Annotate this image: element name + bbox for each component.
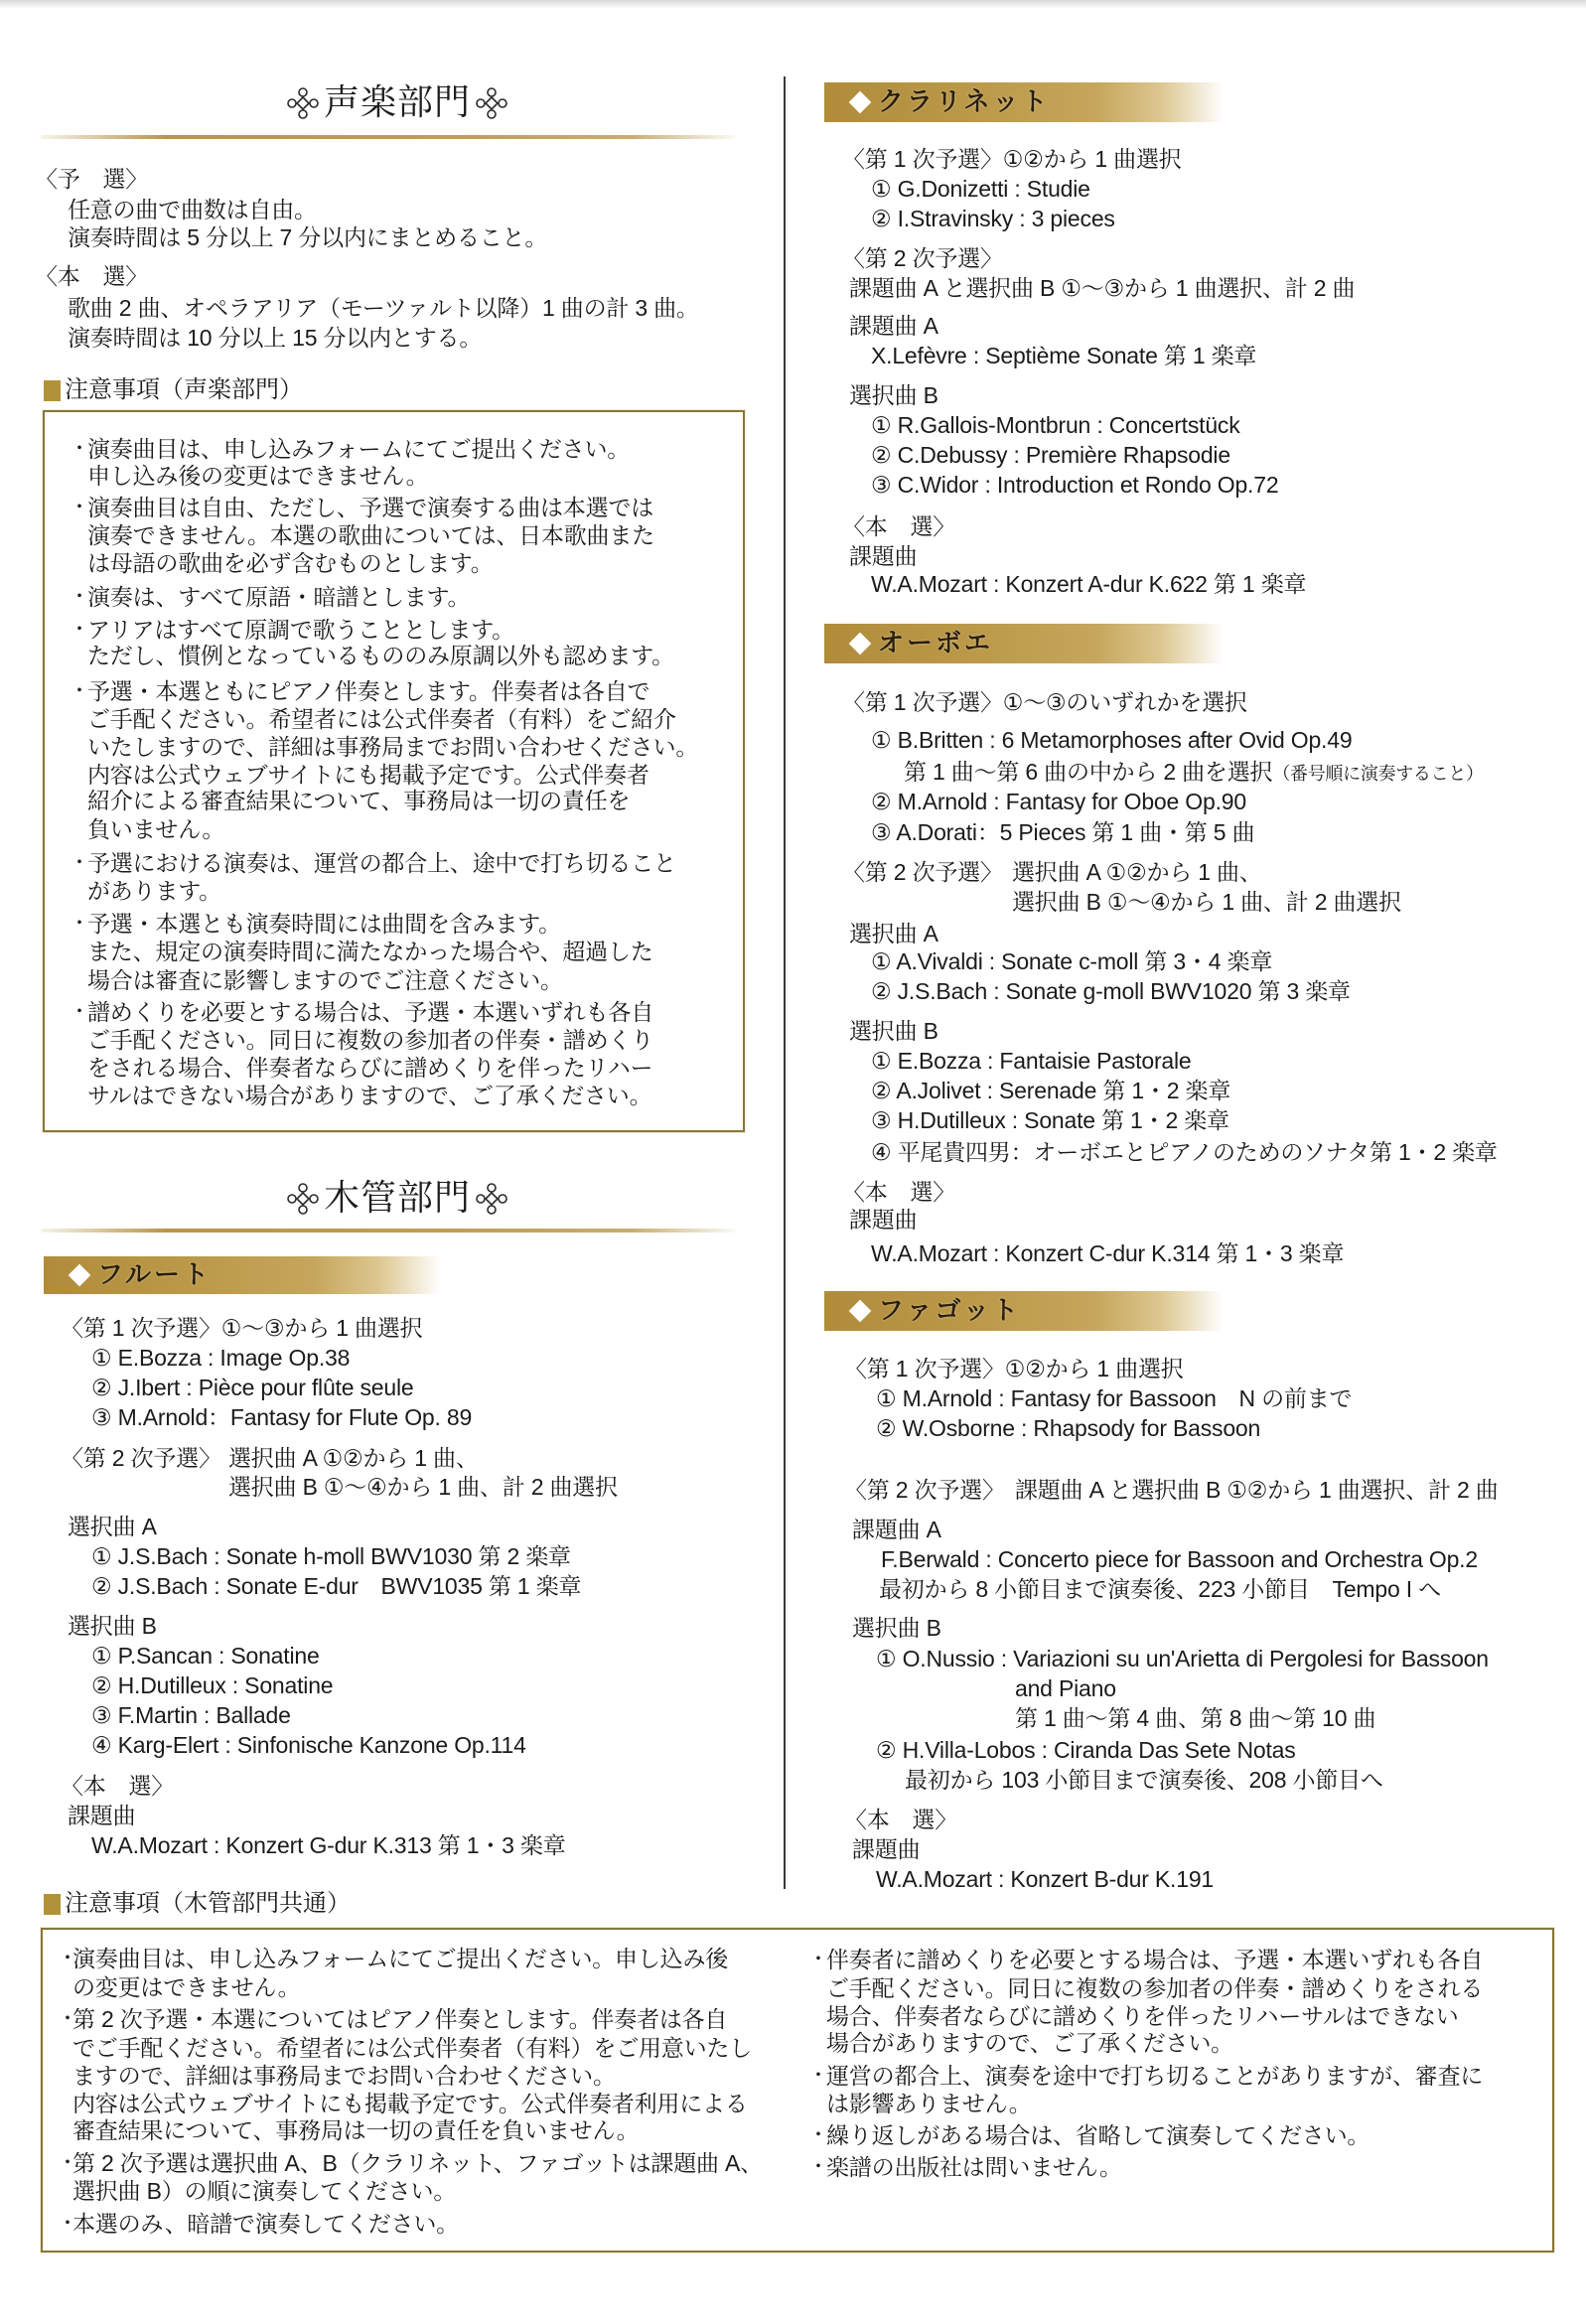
piece-item: ① O.Nussio : Variazioni su un'Arietta di… (876, 1644, 1489, 1673)
bullet: ・ (70, 615, 89, 645)
round1-label: 〈第 1 次予選〉①～③のいずれかを選択 (842, 687, 1247, 717)
bullet: ・ (70, 997, 89, 1027)
fleuron-ornament-icon (475, 86, 508, 120)
piece-item: ③ A.Dorati：5 Pieces 第 1 曲・第 5 曲 (871, 817, 1254, 847)
note-line: 申し込み後の変更はできません。 (87, 461, 428, 491)
note-line: 譜めくりを必要とする場合は、予選・本選いずれも各自 (87, 997, 653, 1027)
piece-item: W.A.Mozart : Konzert B-dur K.191 (876, 1864, 1214, 1894)
note-line: 負いません。 (87, 814, 224, 844)
note-line: 紹介による審査結果について、事務局は一切の責任を (87, 786, 630, 815)
piece-item: ② H.Dutilleux : Sonatine (91, 1670, 333, 1700)
group-label: 選択曲 B (849, 380, 938, 410)
final-label: 〈本 選〉 (35, 261, 148, 291)
competition-repertoire-page: 声楽部門 〈予 選〉 任意の曲で曲数は自由。 演奏時間は 5 分以上 7 分以内… (0, 0, 1586, 2324)
final-line: 歌曲 2 曲、オペラアリア（モーツァルト以降）1 曲の計 3 曲。 (68, 293, 699, 323)
group-label: 選択曲 B (68, 1611, 157, 1641)
set-piece-label: 課題曲 (68, 1801, 135, 1830)
note-line: ご手配ください。同日に複数の参加者の伴奏・譜めくり (87, 1025, 653, 1055)
instrument-name: フルート (97, 1256, 212, 1294)
piece-item: ② J.Ibert : Pièce pour flûte seule (91, 1373, 414, 1402)
piece-item: ① B.Britten : 6 Metamorphoses after Ovid… (871, 725, 1352, 755)
note-line: 楽譜の出版社は問いません。 (826, 2152, 1122, 2182)
piece-item: ② A.Jolivet : Serenade 第 1・2 楽章 (871, 1076, 1230, 1105)
note-line: 伴奏者に譜めくりを必要とする場合は、予選・本選いずれも各自 (826, 1945, 1483, 1974)
note-line: 予選・本選とも演奏時間には曲間を含みます。 (87, 909, 561, 939)
round2-label: 〈第 2 次予選〉 (844, 1475, 1005, 1505)
clarinet-banner: クラリネット (824, 82, 1224, 122)
piece-item: ② W.Osborne : Rhapsody for Bassoon (876, 1413, 1260, 1443)
note-line: また、規定の演奏時間に満たなかった場合や、超過した (87, 937, 653, 966)
gold-divider-rule (41, 135, 735, 139)
piece-item: ① P.Sancan : Sonatine (91, 1641, 320, 1670)
square-marker-icon (44, 380, 61, 401)
final-label: 〈本 選〉 (61, 1771, 174, 1801)
note-line: の変更はできません。 (72, 1972, 300, 2002)
square-marker-icon (44, 1894, 61, 1915)
piece-item: ② J.S.Bach : Sonate g-moll BWV1020 第 3 楽… (871, 976, 1351, 1006)
set-piece-label: 課題曲 A (852, 1515, 941, 1544)
section-title-text: 木管部門 (324, 1177, 471, 1221)
note-line: をされる場合、伴奏者ならびに譜めくりを伴ったリハー (87, 1053, 652, 1083)
vocal-notes-heading: 注意事項（声楽部門） (44, 375, 303, 405)
final-label: 〈本 選〉 (844, 1805, 957, 1834)
piece-item: ② C.Debussy : Première Rhapsodie (871, 440, 1230, 470)
piece-note: 最初から 8 小節目まで演奏後、223 小節目 Tempo I へ (879, 1574, 1441, 1604)
set-piece-label: 課題曲 A (849, 311, 938, 341)
piece-item: W.A.Mozart : Konzert A-dur K.622 第 1 楽章 (871, 569, 1306, 599)
note-line: 内容は公式ウェブサイトにも掲載予定です。公式伴奏者利用による (72, 2089, 748, 2118)
note-line: 場合は審査に影響しますのでご注意ください。 (87, 965, 563, 995)
piece-item: ① E.Bozza : Image Op.38 (91, 1343, 350, 1373)
piece-item: ① E.Bozza : Fantaisie Pastorale (871, 1046, 1192, 1076)
note-line: 演奏曲目は、申し込みフォームにてご提出ください。 (87, 434, 630, 464)
round2-label: 〈第 2 次予選〉 (842, 243, 1003, 273)
round1-label: 〈第 1 次予選〉①②から 1 曲選択 (844, 1354, 1184, 1383)
set-piece-label: 課題曲 (852, 1834, 920, 1864)
round2-rule: 選択曲 A ①②から 1 曲、 (1012, 857, 1262, 887)
fleuron-ornament-icon (475, 1182, 508, 1216)
bassoon-banner: ファゴット (824, 1291, 1224, 1331)
round2-label: 〈第 2 次予選〉 (842, 857, 1003, 887)
final-line: 演奏時間は 10 分以上 15 分以内とする。 (68, 323, 482, 353)
group-label: 選択曲 A (68, 1512, 157, 1541)
note-line: 演奏曲目は自由、ただし、予選で演奏する曲は本選では (87, 493, 653, 522)
piece-item: W.A.Mozart : Konzert G-dur K.313 第 1・3 楽… (91, 1830, 566, 1860)
note-line: 第 2 次予選は選択曲 A、B（クラリネット、ファゴットは課題曲 A、 (72, 2148, 763, 2178)
bullet: ・ (70, 493, 89, 522)
note-line: サルはできない場合がありますので、ご了承ください。 (87, 1081, 651, 1110)
piece-item: ① R.Gallois-Montbrun : Concertstück (871, 410, 1240, 440)
note-line: ご手配ください。同日に複数の参加者の伴奏・譜めくりをされる (826, 1973, 1483, 2003)
piece-item: W.A.Mozart : Konzert C-dur K.314 第 1・3 楽… (871, 1238, 1344, 1268)
prelim-label: 〈予 選〉 (35, 164, 148, 194)
bullet: ・ (808, 2120, 828, 2150)
section-title-text: 声楽部門 (324, 81, 471, 125)
note-line: 演奏は、すべて原語・暗譜とします。 (87, 582, 470, 612)
set-piece-label: 課題曲 (849, 1205, 917, 1235)
piece-item: ③ M.Arnold：Fantasy for Flute Op. 89 (91, 1402, 472, 1432)
column-divider (784, 76, 786, 1889)
bullet: ・ (70, 676, 89, 706)
bullet: ・ (808, 1945, 828, 1974)
piece-item: ② M.Arnold : Fantasy for Oboe Op.90 (871, 787, 1246, 816)
round2-rule: 課題曲 A と選択曲 B ①②から 1 曲選択、計 2 曲 (1015, 1475, 1499, 1505)
oboe-banner: オーボエ (824, 624, 1224, 663)
piece-item: ① J.S.Bach : Sonate h-moll BWV1030 第 2 楽… (91, 1541, 571, 1571)
piece-note-text: 第 1 曲～第 6 曲の中から 2 曲を選択 (904, 759, 1272, 785)
vocal-section-title: 声楽部門 (60, 81, 735, 125)
diamond-icon (69, 1264, 91, 1287)
piece-item: ③ F.Martin : Ballade (91, 1700, 291, 1730)
piece-item: ② H.Villa-Lobos : Ciranda Das Sete Notas (876, 1735, 1296, 1765)
fleuron-ornament-icon (286, 1182, 320, 1216)
note-line: 演奏できません。本選の歌曲については、日本歌曲また (87, 520, 654, 550)
note-line: でご手配ください。希望者には公式伴奏者（有料）をご用意いたし (72, 2033, 752, 2063)
set-piece-label: 課題曲 (849, 541, 917, 571)
note-line: 場合がありますので、ご了承ください。 (826, 2028, 1233, 2058)
piece-item: ④ 平尾貴四男：オーボエとピアノのためのソナタ第 1・2 楽章 (871, 1137, 1498, 1167)
piece-item: ① M.Arnold : Fantasy for Bassoon N の前まで (876, 1383, 1352, 1413)
piece-note-small: （番号順に演奏すること） (1272, 764, 1483, 784)
instrument-name: クラリネット (878, 82, 1050, 122)
prelim-line: 演奏時間は 5 分以上 7 分以内にまとめること。 (68, 222, 547, 252)
bullet: ・ (70, 434, 89, 464)
piece-note: 第 1 曲～第 4 曲、第 8 曲～第 10 曲 (1015, 1703, 1375, 1733)
round2-rule: 選択曲 B ①～④から 1 曲、計 2 曲選択 (228, 1472, 618, 1502)
final-label: 〈本 選〉 (842, 1177, 955, 1207)
bullet: ・ (70, 909, 89, 939)
group-label: 選択曲 A (849, 919, 938, 948)
round2-rule: 選択曲 B ①～④から 1 曲、計 2 曲選択 (1012, 887, 1401, 917)
note-line: 演奏曲目は、申し込みフォームにてご提出ください。申し込み後 (72, 1944, 728, 1973)
group-label: 選択曲 B (849, 1016, 938, 1046)
final-label: 〈本 選〉 (842, 511, 955, 541)
flute-banner: フルート (44, 1256, 441, 1294)
page-top-edge (0, 0, 1586, 9)
bullet: ・ (808, 2152, 828, 2182)
piece-note: 第 1 曲～第 6 曲の中から 2 曲を選択（番号順に演奏すること） (904, 757, 1484, 787)
diamond-icon (849, 91, 872, 114)
round2-rule: 選択曲 A ①②から 1 曲、 (228, 1443, 479, 1473)
piece-item-continued: and Piano (1015, 1673, 1116, 1703)
note-line: いたしますので、詳細は事務局までお問い合わせください。 (87, 732, 698, 762)
note-line: 場合、伴奏者ならびに譜めくりを伴ったリハーサルはできない (826, 2001, 1459, 2031)
note-line: 本選のみ、暗譜で演奏してください。 (72, 2209, 459, 2239)
round2-label: 〈第 2 次予選〉 (61, 1443, 221, 1473)
fleuron-ornament-icon (286, 86, 320, 120)
bullet: ・ (70, 582, 89, 612)
piece-note: 最初から 103 小節目まで演奏後、208 小節目へ (905, 1765, 1383, 1795)
woodwind-notes-heading: 注意事項（木管部門共通） (44, 1889, 351, 1919)
piece-item: X.Lefèvre : Septième Sonate 第 1 楽章 (871, 341, 1256, 370)
note-line: があります。 (87, 876, 221, 906)
piece-item: F.Berwald : Concerto piece for Bassoon a… (881, 1544, 1478, 1574)
note-line: は影響ありません。 (826, 2089, 1032, 2118)
piece-item: ② I.Stravinsky : 3 pieces (871, 204, 1115, 233)
piece-item: ③ H.Dutilleux : Sonate 第 1・2 楽章 (871, 1105, 1229, 1135)
instrument-name: オーボエ (878, 624, 993, 663)
gold-divider-rule (41, 1229, 735, 1233)
piece-item: ① A.Vivaldi : Sonate c-moll 第 3・4 楽章 (871, 946, 1272, 976)
note-line: 繰り返しがある場合は、省略して演奏してください。 (826, 2120, 1370, 2150)
diamond-icon (849, 633, 872, 655)
note-line: 予選における演奏は、運営の都合上、途中で打ち切ること (87, 848, 676, 878)
note-line: 予選・本選ともにピアノ伴奏とします。伴奏者は各自で (87, 676, 649, 706)
note-line: ただし、慣例となっているもののみ原調以外も認めます。 (87, 641, 674, 670)
instrument-name: ファゴット (878, 1291, 1021, 1331)
round1-label: 〈第 1 次予選〉①～③から 1 曲選択 (61, 1313, 422, 1343)
piece-item: ① G.Donizetti : Studie (871, 174, 1090, 204)
diamond-icon (849, 1300, 872, 1323)
note-line: 第 2 次予選・本選についてはピアノ伴奏とします。伴奏者は各自 (72, 2004, 727, 2034)
note-line: 運営の都合上、演奏を途中で打ち切ることがありますが、審査に (826, 2061, 1483, 2091)
woodwind-section-title: 木管部門 (60, 1177, 735, 1221)
note-line: は母語の歌曲を必ず含むものとします。 (87, 548, 494, 578)
round2-rule: 課題曲 A と選択曲 B ①～③から 1 曲選択、計 2 曲 (849, 273, 1355, 303)
bullet: ・ (808, 2061, 828, 2091)
round1-label: 〈第 1 次予選〉①②から 1 曲選択 (842, 144, 1182, 174)
notes-heading-text: 注意事項（声楽部門） (65, 375, 303, 405)
piece-item: ② J.S.Bach : Sonate E-dur BWV1035 第 1 楽章 (91, 1571, 581, 1601)
group-label: 選択曲 B (852, 1613, 941, 1643)
notes-heading-text: 注意事項（木管部門共通） (65, 1889, 351, 1919)
note-line: ご手配ください。希望者には公式伴奏者（有料）をご紹介 (87, 704, 676, 734)
prelim-line: 任意の曲で曲数は自由。 (68, 195, 317, 224)
note-line: 選択曲 B）の順に演奏してください。 (72, 2176, 456, 2206)
note-line: ますので、詳細は事務局までお問い合わせください。 (72, 2061, 616, 2091)
piece-item: ④ Karg-Elert : Sinfonische Kanzone Op.11… (91, 1730, 526, 1760)
bullet: ・ (70, 848, 89, 878)
piece-item: ③ C.Widor : Introduction et Rondo Op.72 (871, 470, 1278, 500)
note-line: 審査結果について、事務局は一切の責任を負いません。 (72, 2115, 639, 2145)
